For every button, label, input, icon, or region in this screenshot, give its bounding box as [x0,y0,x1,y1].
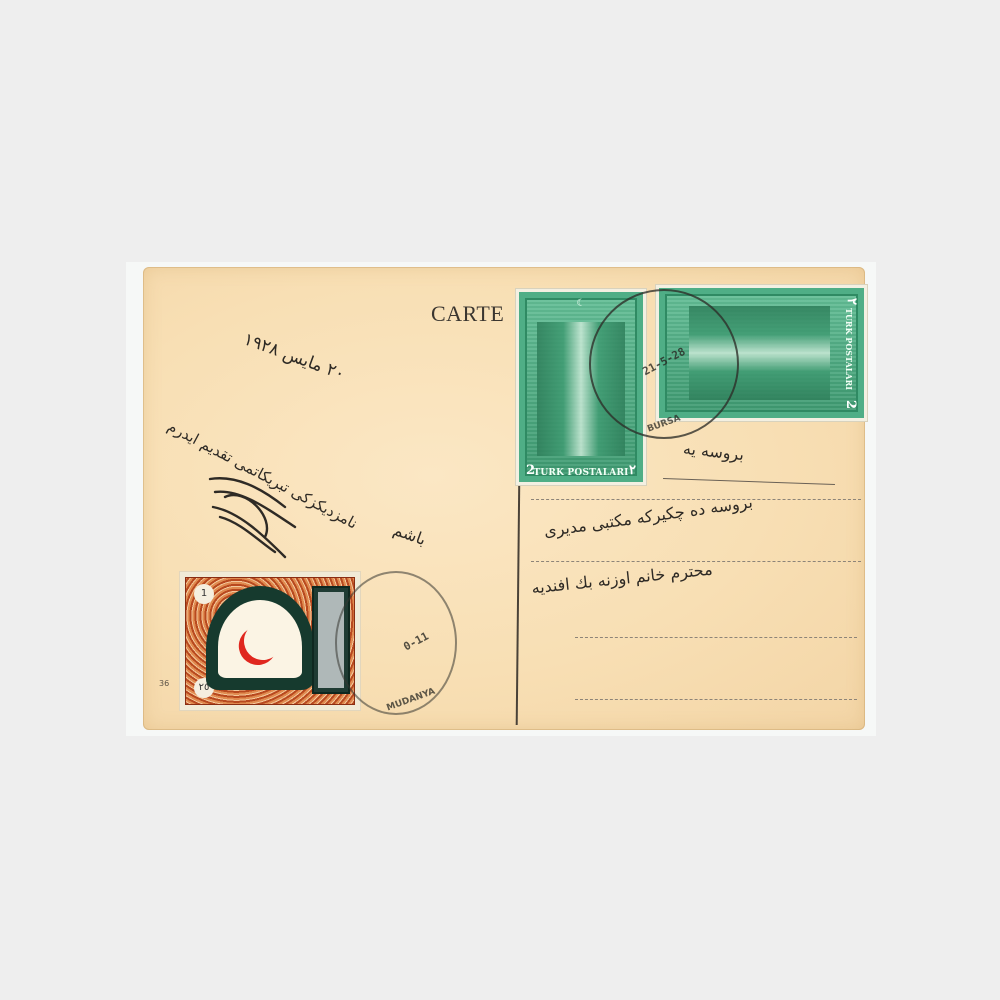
stamp-value-latin: 2 [843,400,858,409]
stamp-value-arabic: ٢ [844,298,859,305]
signature-scribble [205,467,305,567]
postmark-date: 21-5-28 [596,322,731,402]
handwritten-date: ٢٠ مايس ١٩٢٨ [241,329,348,384]
handwritten-address-line-2: محترم خانم اوزنه بك افندیه [531,560,714,598]
postmark-bottom: 0-11 MUDANYA [335,571,457,715]
crescent-icon: ☾ [577,298,586,309]
red-crescent-icon [241,619,285,663]
stamp-value-top: 1 [194,584,214,604]
card-number: 36 [159,679,169,688]
stamp-country-text: TURK POSTALARI [844,308,854,390]
stamp-country-text: TURK POSTALARI [519,468,643,478]
address-underline [663,478,835,485]
postmark-top: 21-5-28 BURSA [589,289,739,439]
postmark-date: 0-11 [379,617,454,665]
address-divider [516,477,521,725]
address-line-3 [575,637,857,638]
postcard: CARTE ٢٠ مايس ١٩٢٨ نامزدیکزکی تبریکاتمی … [143,267,865,730]
address-line-4 [575,699,857,700]
handwritten-address-city: بروسه یه [682,439,745,464]
red-crescent-stamp: 1 ٢٥ [180,572,360,710]
shield-interior [218,600,302,678]
carte-header: CARTE [431,301,504,327]
handwritten-message-line-2: باشم [391,520,429,549]
postmark-place: MUDANYA [368,680,454,719]
